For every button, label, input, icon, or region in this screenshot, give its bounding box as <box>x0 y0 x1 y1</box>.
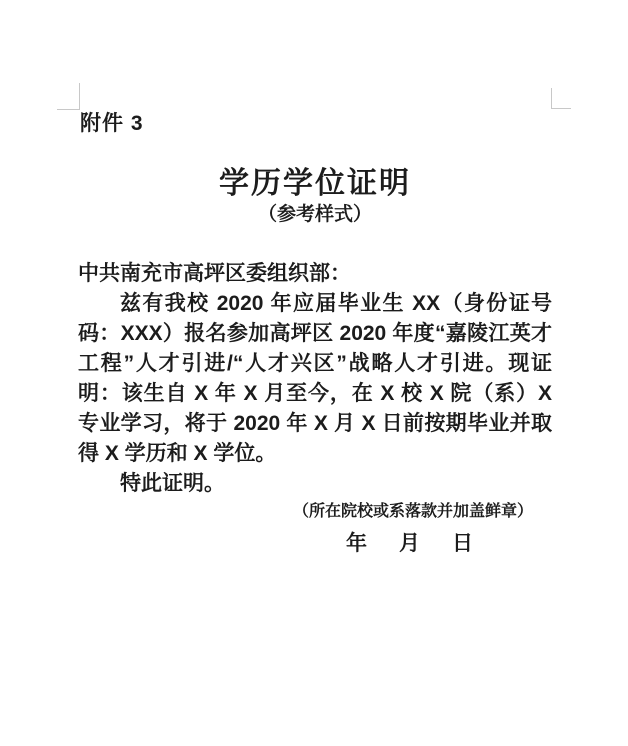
document-subtitle: （参考样式） <box>78 201 552 229</box>
attachment-label: 附件 3 <box>80 111 144 137</box>
margin-crop-mark-top-left <box>57 83 80 110</box>
date-year-label: 年 <box>346 532 367 555</box>
document-title: 学历学位证明 <box>78 166 552 202</box>
date-line: 年月日 <box>78 529 552 559</box>
salutation-line: 中共南充市高坪区委组织部： <box>78 259 552 289</box>
signature-note: （所在院校或系落款并加盖鲜章） <box>78 497 552 527</box>
margin-crop-mark-top-right <box>551 88 571 109</box>
document-page: 附件 3 学历学位证明 （参考样式） 中共南充市高坪区委组织部： 兹有我校 20… <box>0 0 628 746</box>
document-body: 中共南充市高坪区委组织部： 兹有我校 2020 年应届毕业生 XX（身份证号码：… <box>78 259 552 499</box>
body-paragraph: 兹有我校 2020 年应届毕业生 XX（身份证号码：XXX）报名参加高坪区 20… <box>78 289 552 469</box>
date-day-label: 日 <box>452 532 473 555</box>
closing-paragraph: 特此证明。 <box>78 469 552 499</box>
date-month-label: 月 <box>399 532 420 555</box>
